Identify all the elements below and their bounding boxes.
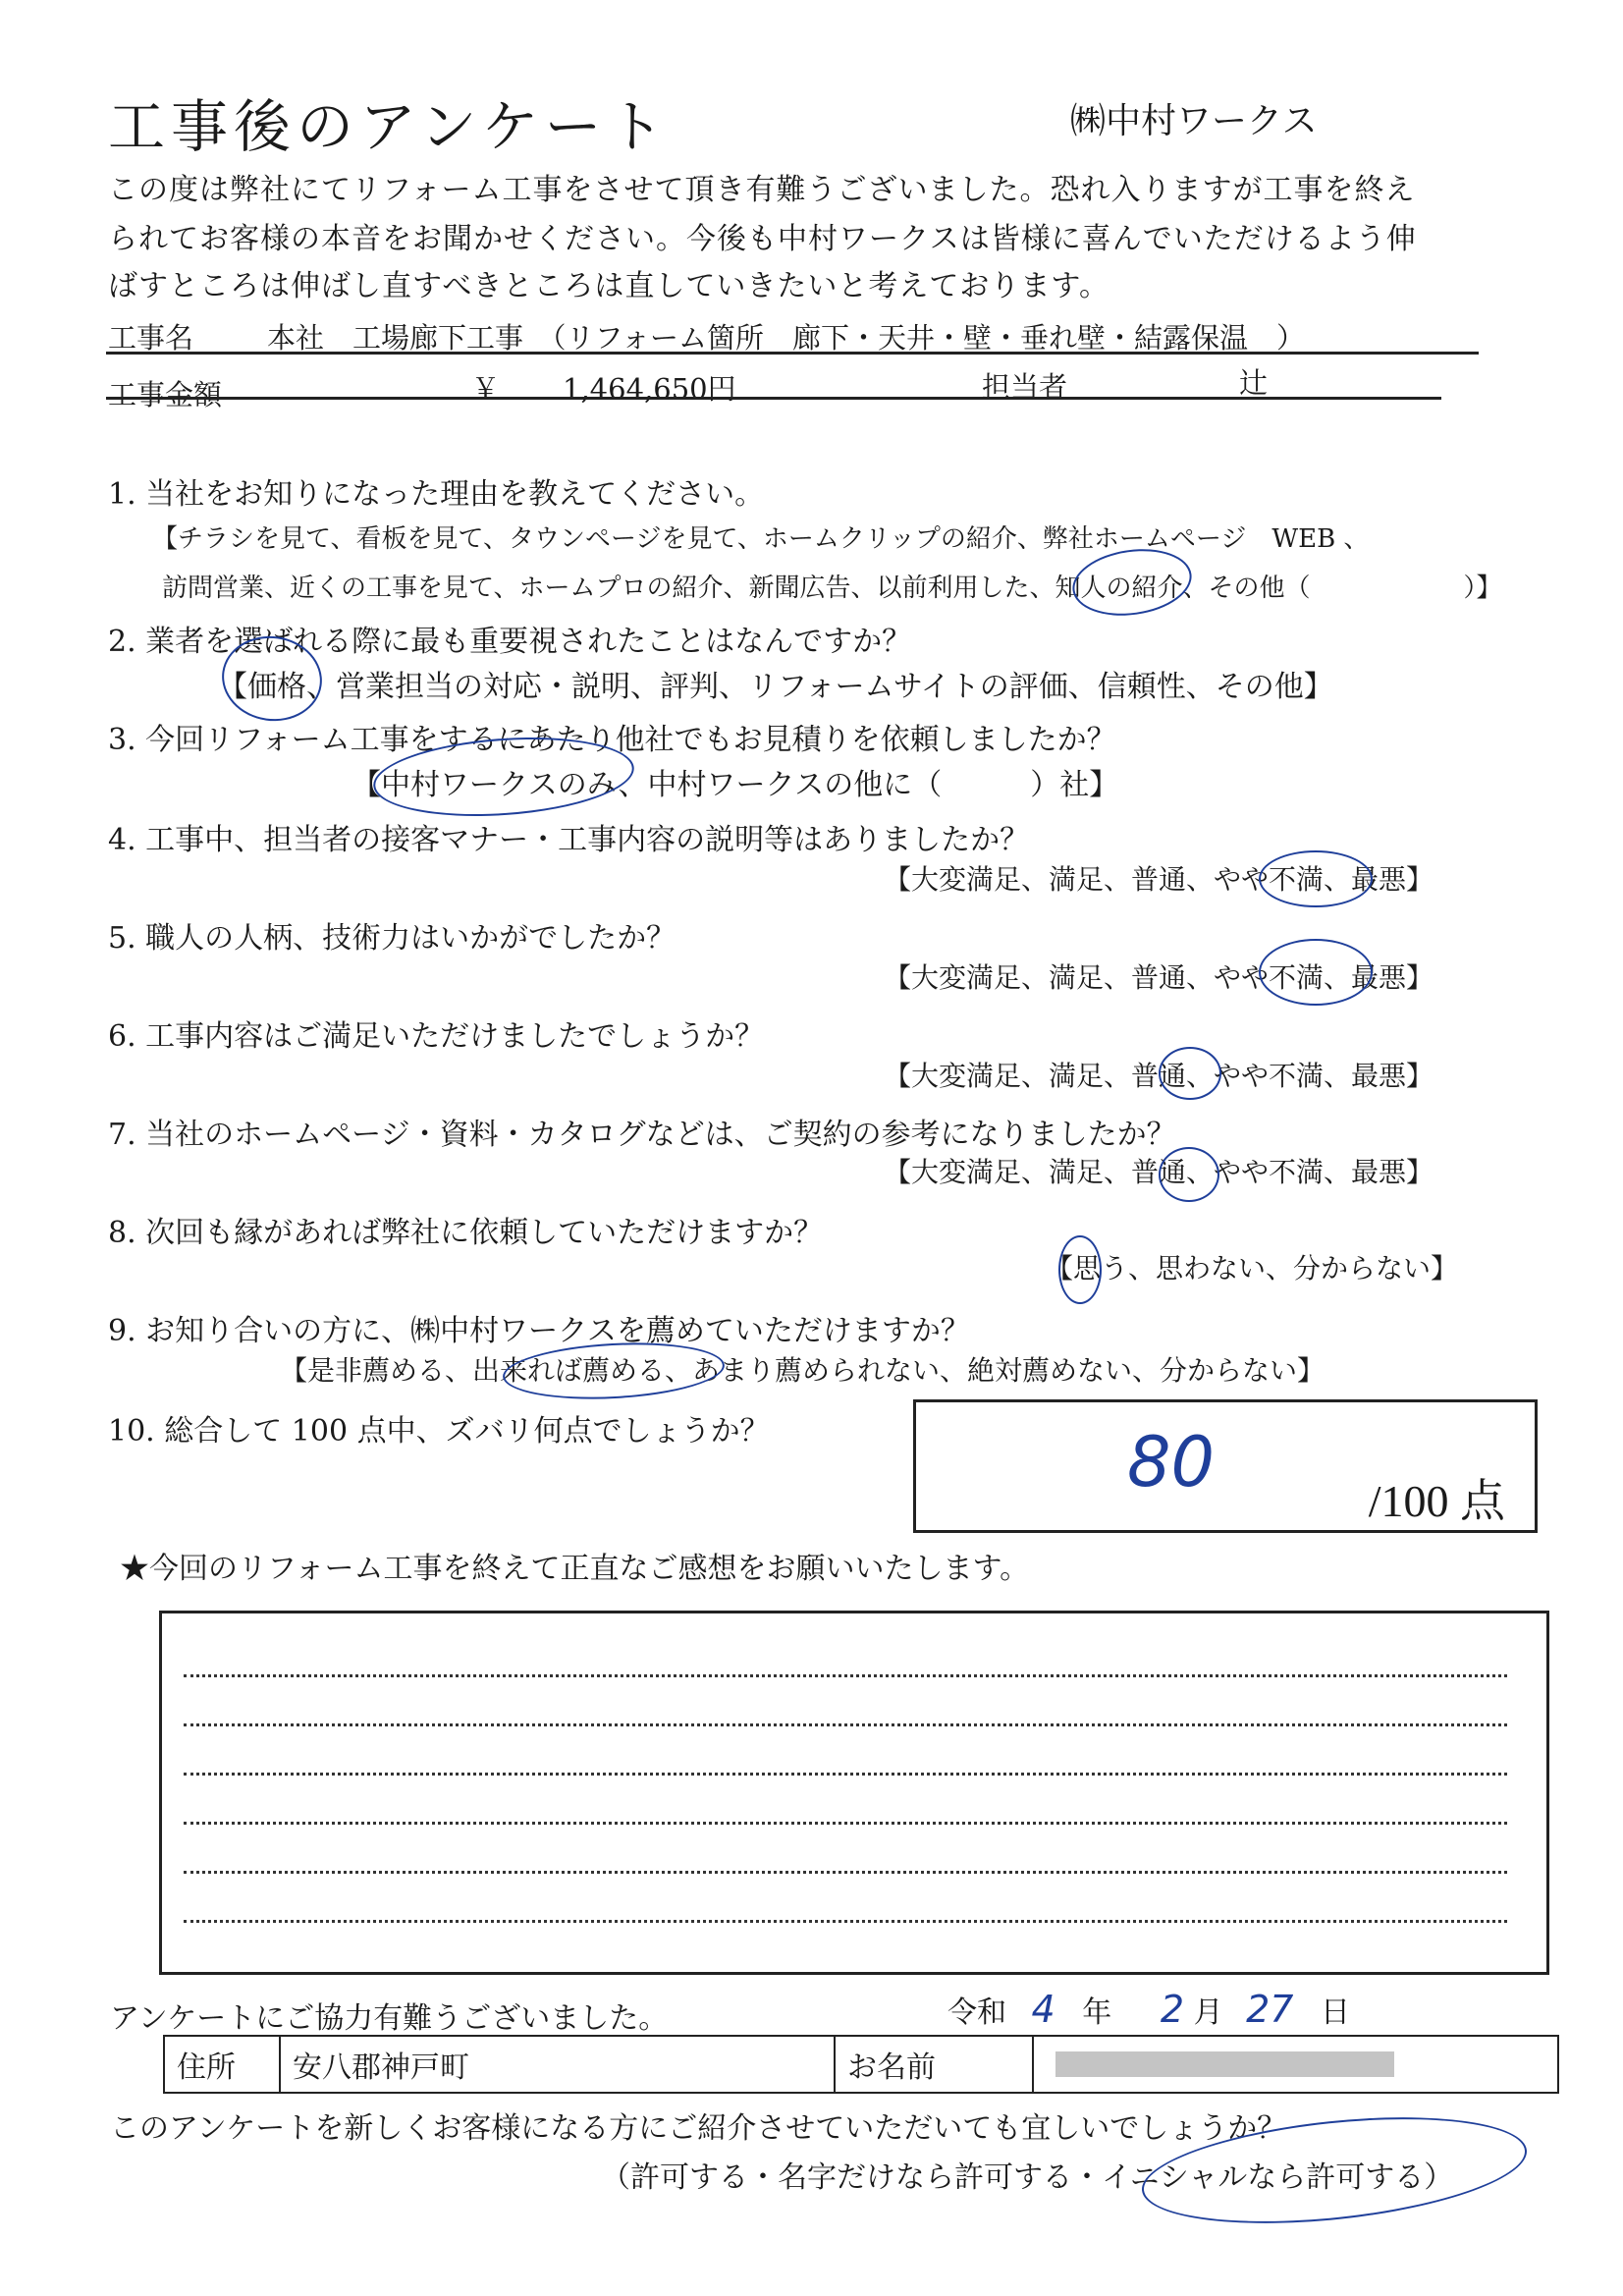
name-value[interactable]: [1034, 2037, 1557, 2092]
comment-line-4[interactable]: [184, 1822, 1507, 1825]
question-text: 当社をお知りになった理由を教えてください。: [145, 477, 764, 512]
score-unit: /100 点: [1369, 1465, 1505, 1530]
question-number: 9.: [108, 1314, 136, 1348]
address-label: 住所: [165, 2037, 281, 2092]
project-name-value: 本社 工場廊下工事 （リフォーム箇所 廊下・天井・壁・垂れ壁・結露保温 ）: [267, 316, 1305, 356]
project-name-underline: [106, 352, 1479, 355]
question-text: 総合して 100 点中、ズバリ何点でしょうか？: [164, 1414, 769, 1449]
question-number: 2.: [108, 625, 136, 659]
q3-options[interactable]: 【中村ワークスのみ、中村ワークスの他に（ ）社】: [352, 760, 1118, 803]
q1-options-line-1[interactable]: 【チラシを見て、看板を見て、タウンページを見て、ホームクリップの紹介、弊社ホーム…: [152, 519, 1369, 555]
q7-options[interactable]: 【大変満足、満足、普通、やや不満、最悪】: [884, 1151, 1434, 1190]
question-3: 3. 今回リフォーム工事をするにあたり他社でもお見積りを依頼しましたか？: [108, 715, 1116, 758]
question-number: 1.: [108, 477, 136, 512]
question-6: 6. 工事内容はご満足いただけましたでしょうか？: [108, 1011, 764, 1055]
question-8: 8. 次回も縁があれば弊社に依頼していただけますか？: [108, 1208, 823, 1251]
project-amount-underline: [106, 397, 1441, 400]
page-title: 工事後のアンケート: [108, 81, 671, 163]
comments-box[interactable]: [159, 1611, 1549, 1975]
question-10: 10. 総合して 100 点中、ズバリ何点でしょうか？: [108, 1406, 770, 1449]
date-year-label: 年: [1082, 1995, 1111, 2030]
q2-options[interactable]: 【価格、営業担当の対応・説明、評判、リフォームサイトの評価、信頼性、その他】: [218, 662, 1333, 705]
question-7: 7. 当社のホームページ・資料・カタログなどは、ご契約の参考になりましたか？: [108, 1110, 1176, 1153]
question-text: 今回リフォーム工事をするにあたり他社でもお見積りを依頼しましたか？: [145, 723, 1116, 757]
amount-currency: ￥: [471, 367, 500, 408]
score-value[interactable]: 80: [1127, 1422, 1215, 1503]
question-5: 5. 職人の人柄、技術力はいかがでしたか？: [108, 913, 676, 957]
comment-line-1[interactable]: [184, 1674, 1507, 1677]
question-text: お知り合いの方に、㈱中村ワークスを薦めていただけますか？: [145, 1314, 970, 1348]
comment-line-6[interactable]: [184, 1920, 1507, 1923]
date-era: 令和: [947, 1995, 1006, 2030]
comment-line-5[interactable]: [184, 1871, 1507, 1874]
address-value[interactable]: 安八郡神戸町: [281, 2037, 836, 2092]
question-text: 業者を選ばれる際に最も重要視されたことはなんですか？: [145, 625, 911, 659]
q4-options[interactable]: 【大変満足、満足、普通、やや不満、最悪】: [884, 858, 1434, 898]
question-number: 7.: [108, 1118, 136, 1152]
question-2: 2. 業者を選ばれる際に最も重要視されたことはなんですか？: [108, 617, 911, 660]
q8-options[interactable]: 【思う、思わない、分からない】: [1046, 1247, 1458, 1286]
project-name-label: 工事名: [108, 316, 193, 356]
date-month-label: 月: [1194, 1995, 1223, 2030]
q9-options[interactable]: 【是非薦める、出来れば薦める、あまり薦められない、絶対薦めない、分からない】: [280, 1349, 1325, 1389]
question-text: 当社のホームページ・資料・カタログなどは、ご契約の参考になりましたか？: [145, 1118, 1175, 1152]
question-text: 職人の人柄、技術力はいかがでしたか？: [145, 921, 676, 956]
staff-value: 辻: [1239, 361, 1268, 402]
question-1: 1. 当社をお知りになった理由を教えてください。: [108, 469, 764, 513]
project-amount-label: 工事金額: [108, 373, 222, 413]
question-number: 4.: [108, 823, 136, 857]
question-text: 工事内容はご満足いただけましたでしょうか？: [145, 1019, 764, 1054]
date-day-label: 日: [1321, 1995, 1350, 2030]
redacted-name: [1055, 2051, 1394, 2077]
comment-line-2[interactable]: [184, 1723, 1507, 1726]
q6-options[interactable]: 【大変満足、満足、普通、やや不満、最悪】: [884, 1055, 1434, 1094]
intro-line-2: られてお客様の本音をお聞かせください。今後も中村ワークスは皆様に喜んでいただける…: [108, 214, 1417, 257]
question-9: 9. お知り合いの方に、㈱中村ワークスを薦めていただけますか？: [108, 1306, 970, 1349]
date-year[interactable]: 4: [1032, 1988, 1055, 2031]
date-field: 令和 4 年 2 月 27 日: [947, 1988, 1350, 2031]
comments-prompt: ★今回のリフォーム工事を終えて正直なご感想をお願いいたします。: [120, 1544, 1029, 1587]
question-text: 工事中、担当者の接客マナー・工事内容の説明等はありましたか？: [145, 823, 1029, 857]
question-text: 次回も縁があれば弊社に依頼していただけますか？: [145, 1216, 823, 1250]
permission-options[interactable]: （許可する・名字だけなら許可する・イニシャルなら許可する）: [601, 2153, 1453, 2196]
customer-info-table: 住所 安八郡神戸町 お名前: [163, 2035, 1559, 2094]
company-name: ㈱中村ワークス: [1070, 93, 1318, 143]
permission-question: このアンケートを新しくお客様になる方にご紹介させていただいても宜しいでしょうか？: [110, 2104, 1286, 2147]
question-number: 6.: [108, 1019, 136, 1054]
question-4: 4. 工事中、担当者の接客マナー・工事内容の説明等はありましたか？: [108, 815, 1029, 858]
q5-options[interactable]: 【大変満足、満足、普通、やや不満、最悪】: [884, 957, 1434, 996]
question-number: 10.: [108, 1414, 155, 1449]
score-box[interactable]: 80 /100 点: [913, 1399, 1538, 1533]
thanks-text: アンケートにご協力有難うございました。: [110, 1994, 668, 2037]
date-month[interactable]: 2: [1161, 1988, 1184, 2031]
intro-line-1: この度は弊社にてリフォーム工事をさせて頂き有難うございました。恐れ入りますが工事…: [108, 165, 1416, 208]
question-number: 8.: [108, 1216, 136, 1250]
question-number: 5.: [108, 921, 136, 956]
date-day[interactable]: 27: [1246, 1988, 1293, 2031]
project-amount-value: 1,464,650円: [563, 367, 736, 408]
intro-line-3: ばすところは伸ばし直すべきところは直していきたいと考えております。: [108, 261, 1109, 304]
q1-options-line-2[interactable]: 訪問営業、近くの工事を見て、ホームプロの紹介、新聞広告、以前利用した、知人の紹介…: [162, 568, 1501, 604]
comment-line-3[interactable]: [184, 1773, 1507, 1776]
name-label: お名前: [836, 2037, 1034, 2092]
question-number: 3.: [108, 723, 136, 757]
